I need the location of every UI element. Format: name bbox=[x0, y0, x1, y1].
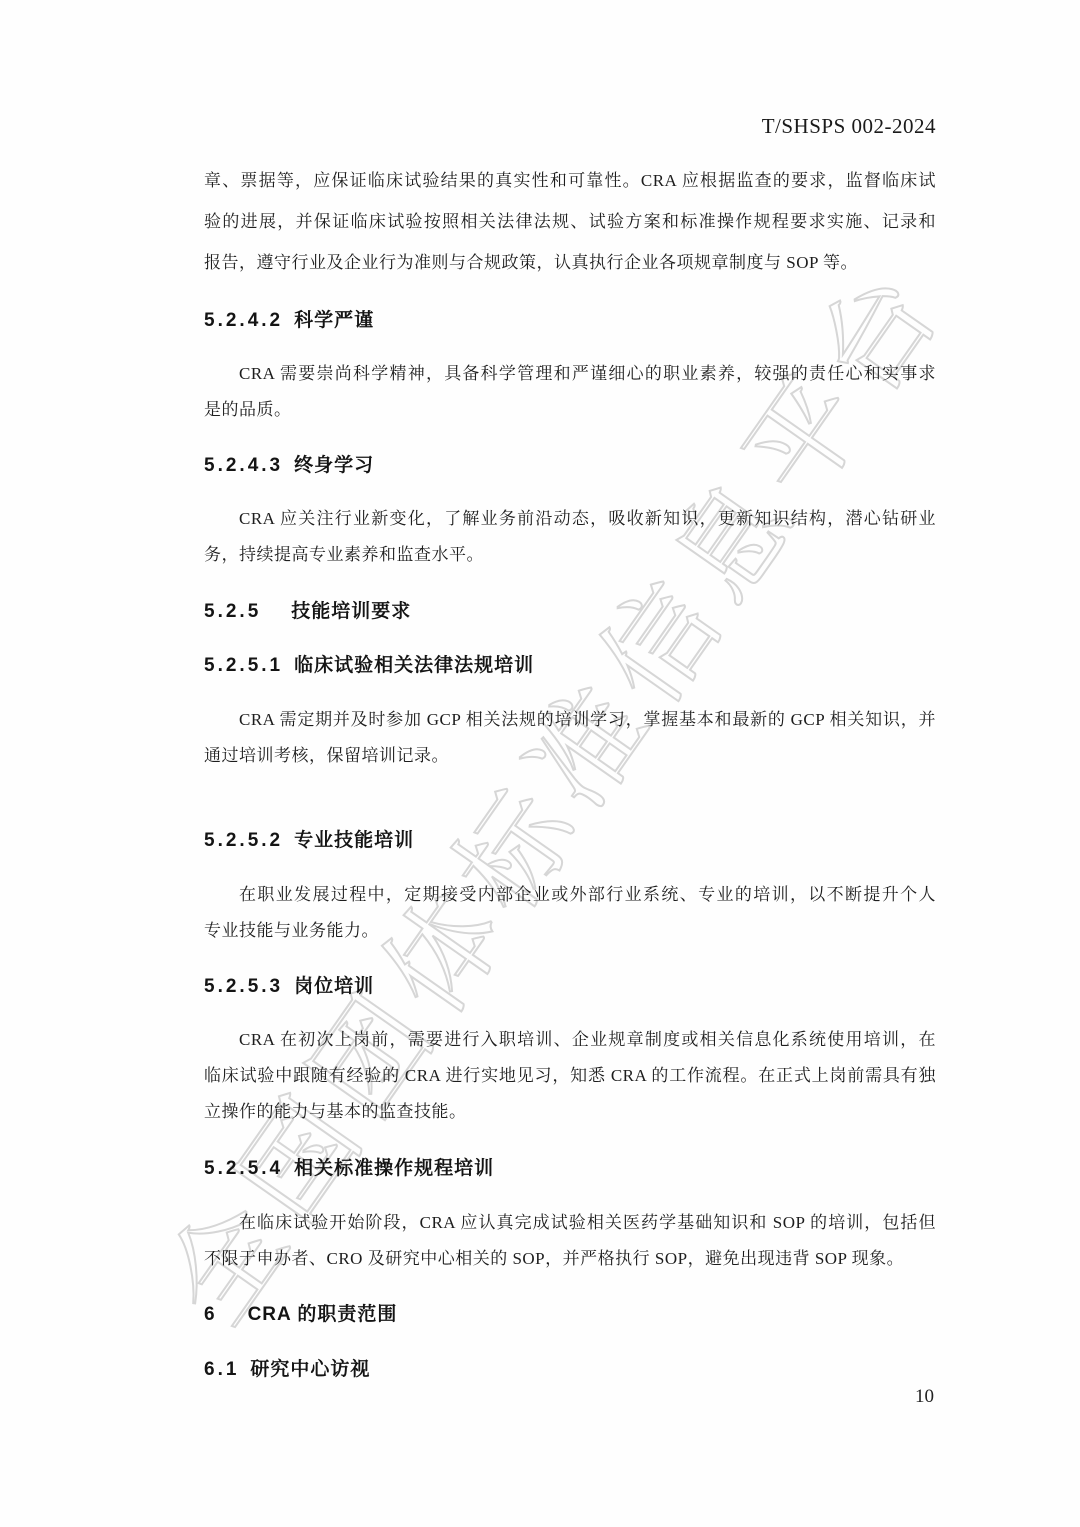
text-line: 通过培训考核，保留培训记录。 bbox=[204, 738, 936, 774]
paragraph: 在临床试验开始阶段，CRA 应认真完成试验相关医药学基础知识和 SOP 的培训，… bbox=[204, 1205, 936, 1277]
heading-title: 专业技能培训 bbox=[294, 830, 414, 851]
heading-number: 5.2.5.2 bbox=[204, 830, 283, 851]
heading-number: 5.2.5 bbox=[204, 601, 261, 622]
heading-title: CRA 的职责范围 bbox=[248, 1304, 398, 1325]
heading-number: 5.2.4.3 bbox=[204, 455, 283, 476]
heading-title: 科学严谨 bbox=[294, 310, 374, 331]
paragraph: 在职业发展过程中，定期接受内部企业或外部行业系统、专业的培训，以不断提升个人专业… bbox=[204, 877, 936, 949]
section-heading: 6CRA 的职责范围 bbox=[204, 1299, 936, 1326]
text-line: CRA 应关注行业新变化，了解业务前沿动态，吸收新知识，更新知识结构，潜心钻研业 bbox=[204, 501, 936, 537]
section-heading: 5.2.4.2科学严谨 bbox=[204, 305, 936, 332]
paragraph: CRA 应关注行业新变化，了解业务前沿动态，吸收新知识，更新知识结构，潜心钻研业… bbox=[204, 501, 936, 573]
heading-number: 5.2.5.1 bbox=[204, 655, 283, 676]
text-line: 务，持续提高专业素养和监查水平。 bbox=[204, 537, 936, 573]
heading-number: 5.2.5.3 bbox=[204, 976, 283, 997]
section-heading: 5.2.5.4相关标准操作规程培训 bbox=[204, 1153, 936, 1180]
text-line: 临床试验中跟随有经验的 CRA 进行实地见习，知悉 CRA 的工作流程。在正式上… bbox=[204, 1058, 936, 1094]
text-line: 专业技能与业务能力。 bbox=[204, 913, 936, 949]
heading-title: 研究中心访视 bbox=[250, 1359, 370, 1380]
heading-number: 5.2.4.2 bbox=[204, 310, 283, 331]
text-line: 立操作的能力与基本的监查技能。 bbox=[204, 1094, 936, 1130]
text-line: 不限于申办者、CRO 及研究中心相关的 SOP，并严格执行 SOP，避免出现违背… bbox=[204, 1241, 936, 1277]
page-number: 10 bbox=[915, 1386, 934, 1408]
text-line: 章、票据等，应保证临床试验结果的真实性和可靠性。CRA 应根据监查的要求，监督临… bbox=[204, 160, 936, 201]
section-heading: 6.1研究中心访视 bbox=[204, 1354, 936, 1381]
heading-title: 终身学习 bbox=[294, 455, 374, 476]
heading-number: 5.2.5.4 bbox=[204, 1158, 283, 1179]
text-line: CRA 需定期并及时参加 GCP 相关法规的培训学习，掌握基本和最新的 GCP … bbox=[204, 702, 936, 738]
paragraph: CRA 需要崇尚科学精神，具备科学管理和严谨细心的职业素养，较强的责任心和实事求… bbox=[204, 356, 936, 428]
paragraph: CRA 需定期并及时参加 GCP 相关法规的培训学习，掌握基本和最新的 GCP … bbox=[204, 702, 936, 774]
section-heading: 5.2.5.3岗位培训 bbox=[204, 971, 936, 998]
heading-title: 岗位培训 bbox=[294, 976, 374, 997]
text-line: 是的品质。 bbox=[204, 392, 936, 428]
text-line: 在临床试验开始阶段，CRA 应认真完成试验相关医药学基础知识和 SOP 的培训，… bbox=[204, 1205, 936, 1241]
section-heading: 5.2.5技能培训要求 bbox=[204, 596, 936, 623]
text-line: CRA 在初次上岗前，需要进行入职培训、企业规章制度或相关信息化系统使用培训，在 bbox=[204, 1022, 936, 1058]
text-line: 报告，遵守行业及企业行为准则与合规政策，认真执行企业各项规章制度与 SOP 等。 bbox=[204, 242, 936, 283]
text-line: CRA 需要崇尚科学精神，具备科学管理和严谨细心的职业素养，较强的责任心和实事求 bbox=[204, 356, 936, 392]
document-page: 全国团体标准信息平台 T/SHSPS 002-2024 章、票据等，应保证临床试… bbox=[0, 0, 1080, 1527]
heading-title: 技能培训要求 bbox=[291, 601, 411, 622]
standard-code-header: T/SHSPS 002-2024 bbox=[762, 114, 936, 139]
text-line: 在职业发展过程中，定期接受内部企业或外部行业系统、专业的培训，以不断提升个人 bbox=[204, 877, 936, 913]
section-heading: 5.2.5.2专业技能培训 bbox=[204, 825, 936, 852]
heading-title: 相关标准操作规程培训 bbox=[294, 1158, 494, 1179]
paragraph: 章、票据等，应保证临床试验结果的真实性和可靠性。CRA 应根据监查的要求，监督临… bbox=[204, 160, 936, 283]
heading-number: 6.1 bbox=[204, 1359, 239, 1380]
text-line: 验的进展，并保证临床试验按照相关法律法规、试验方案和标准操作规程要求实施、记录和 bbox=[204, 201, 936, 242]
heading-number: 6 bbox=[204, 1304, 218, 1325]
section-heading: 5.2.4.3终身学习 bbox=[204, 450, 936, 477]
heading-title: 临床试验相关法律法规培训 bbox=[294, 655, 534, 676]
content-column: T/SHSPS 002-2024 章、票据等，应保证临床试验结果的真实性和可靠性… bbox=[204, 0, 936, 1527]
section-heading: 5.2.5.1临床试验相关法律法规培训 bbox=[204, 650, 936, 677]
paragraph: CRA 在初次上岗前，需要进行入职培训、企业规章制度或相关信息化系统使用培训，在… bbox=[204, 1022, 936, 1130]
